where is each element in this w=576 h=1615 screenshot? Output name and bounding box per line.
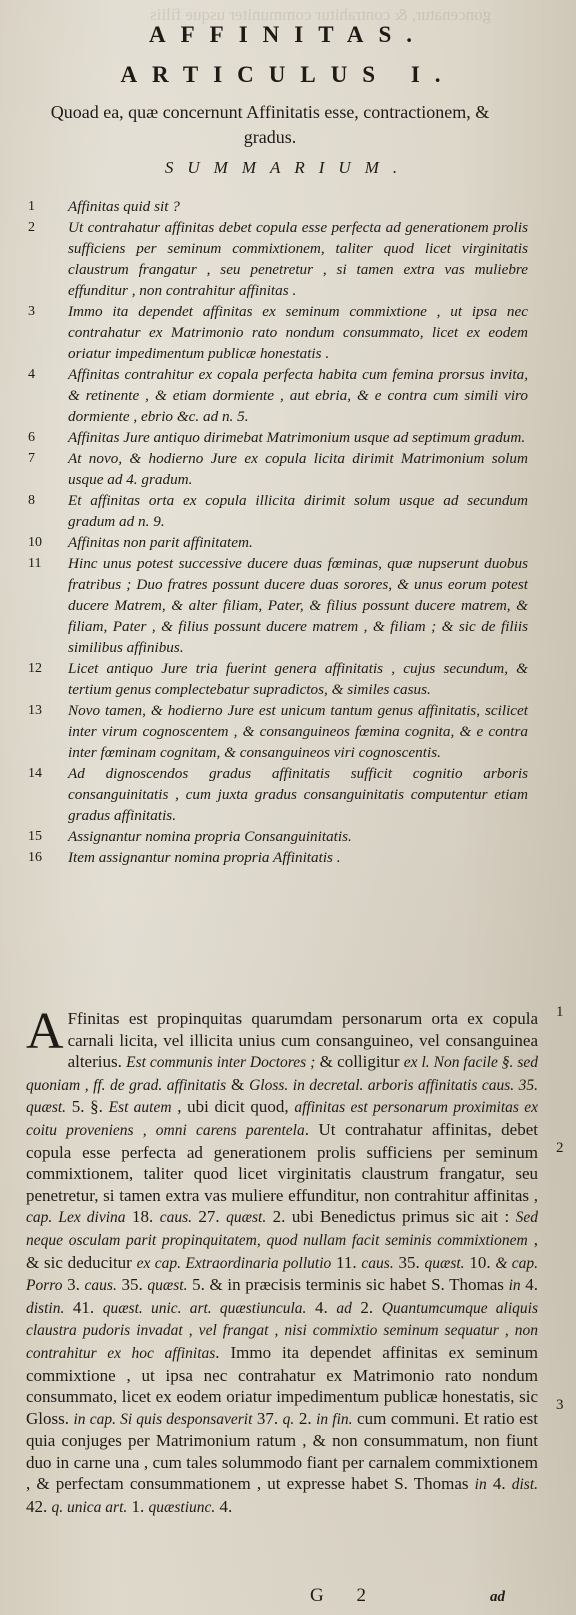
summary-item: 1Affinitas quid sit ? (28, 196, 528, 217)
summary-item-text: Hinc unus potest successive ducere duas … (68, 555, 528, 656)
summary-item: 13Novo tamen, & hodierno Jure est unicum… (28, 700, 528, 763)
drop-cap: A (26, 1011, 64, 1053)
summary-item: 2Ut contrahatur affinitas debet copula e… (28, 217, 528, 301)
italic-citation: ex cap. Extraordinaria pollutio (137, 1255, 332, 1272)
body-text-run: 5. & in præcisis terminis sic habet S. T… (187, 1275, 508, 1294)
body-text-run: 4. (215, 1497, 232, 1516)
summary-item-text: Immo ita dependet affinitas ex seminum c… (68, 303, 528, 362)
summary-item-number: 10 (28, 532, 64, 553)
summary-item: 3Immo ita dependet affinitas ex seminum … (28, 301, 528, 364)
summary-item-text: Ut contrahatur affinitas debet copula es… (68, 219, 528, 299)
summary-item: 11Hinc unus potest successive ducere dua… (28, 553, 528, 658)
summary-item-number: 8 (28, 490, 64, 511)
italic-citation: in (509, 1277, 521, 1294)
body-paragraph: A Ffinitas est propinquitas quarumdam pe… (26, 1008, 538, 1519)
italic-citation: in cap. Si quis desponsaverit (74, 1411, 253, 1428)
body-text-run: 2. ubi Benedictus primus sic ait : (266, 1207, 515, 1226)
body-text-run: 42. (26, 1497, 52, 1516)
summary-item-text: Affinitas non parit affinitatem. (68, 534, 253, 551)
italic-citation: q. (283, 1411, 295, 1428)
body-text-run: , ubi dicit quod, (172, 1097, 295, 1116)
summary-item-text: Affinitas quid sit ? (68, 198, 180, 215)
margin-number: 1 (556, 1004, 564, 1021)
body-text-run: & (226, 1075, 249, 1094)
italic-citation: in (475, 1476, 487, 1493)
italic-citation: quæst. unic. art. quæstiuncula. (103, 1300, 307, 1317)
summary-item-number: 11 (28, 553, 64, 574)
body-text-run: 3. (62, 1275, 84, 1294)
summary-item: 6Affinitas Jure antiquo dirimebat Matrim… (28, 427, 528, 448)
summary-item-number: 12 (28, 658, 64, 679)
summary-item-text: Item assignantur nomina propria Affinita… (68, 849, 341, 866)
margin-number: 2 (556, 1140, 564, 1157)
summary-item: 7At novo, & hodierno Jure ex copula lici… (28, 448, 528, 490)
catchword: ad (490, 1589, 505, 1606)
body-text-run: 27. (192, 1207, 226, 1226)
body-text-run: 4. (487, 1474, 512, 1493)
summary-item-text: Affinitas Jure antiquo dirimebat Matrimo… (68, 429, 525, 446)
italic-citation: distin. (26, 1300, 64, 1317)
body-text-run: 1. (127, 1497, 148, 1516)
italic-citation: caus. (361, 1255, 393, 1272)
body-text-run: 35. (394, 1253, 425, 1272)
body-text-run: 2. (352, 1298, 382, 1317)
summary-item-text: Licet antiquo Jure tria fuerint genera a… (68, 660, 528, 698)
summary-item-text: Assignantur nomina propria Consanguinita… (68, 828, 352, 845)
summary-item-number: 3 (28, 301, 64, 322)
summary-item-text: Novo tamen, & hodierno Jure est unicum t… (68, 702, 528, 761)
summary-item-number: 1 (28, 196, 64, 217)
italic-citation: caus. (160, 1209, 192, 1226)
summary-item-number: 14 (28, 763, 64, 784)
body-text-run: 4. (521, 1275, 538, 1294)
summary-item-text: Ad dignoscendos gradus affinitatis suffi… (68, 765, 528, 824)
page-title: AFFINITAS. (0, 22, 576, 48)
body-text-content: Ffinitas est propinquitas quarumdam pers… (26, 1009, 538, 1516)
summary-item: 15Assignantur nomina propria Consanguini… (28, 826, 528, 847)
summary-item-number: 16 (28, 847, 64, 868)
italic-citation: dist. (512, 1476, 538, 1493)
italic-citation: ad (336, 1300, 352, 1317)
summary-heading: SUMMARIUM. (0, 158, 576, 178)
italic-citation: quæstiunc. (149, 1499, 216, 1516)
body-text-run: 10. (465, 1253, 496, 1272)
summary-item-text: Affinitas contrahitur ex copala perfecta… (68, 366, 528, 425)
italic-citation: quæst. (226, 1209, 266, 1226)
italic-citation: quæst. (425, 1255, 465, 1272)
italic-citation: Est communis inter Doctores ; (126, 1054, 315, 1071)
body-text-run: & colligitur (315, 1052, 404, 1071)
article-subtitle: Quoad ea, quæ concernunt Affinitatis ess… (50, 100, 490, 150)
summary-item: 4Affinitas contrahitur ex copala perfect… (28, 364, 528, 427)
italic-citation: q. unica art. (52, 1499, 128, 1516)
body-text-run: 41. (64, 1298, 102, 1317)
summary-item-number: 15 (28, 826, 64, 847)
body-text-run: 35. (117, 1275, 148, 1294)
summary-item: 12Licet antiquo Jure tria fuerint genera… (28, 658, 528, 700)
summary-item: 10Affinitas non parit affinitatem. (28, 532, 528, 553)
summary-item: 14Ad dignoscendos gradus affinitatis suf… (28, 763, 528, 826)
summary-item-number: 6 (28, 427, 64, 448)
body-text-run: 2. (294, 1409, 316, 1428)
italic-citation: in fin. (316, 1411, 352, 1428)
summary-item-number: 4 (28, 364, 64, 385)
body-text-run: 18. (126, 1207, 160, 1226)
article-heading: ARTICULUS I. (0, 62, 576, 88)
italic-citation: Est autem (109, 1099, 172, 1116)
body-text-run: 37. (252, 1409, 282, 1428)
italic-citation: caus. (85, 1277, 117, 1294)
summary-item-text: At novo, & hodierno Jure ex copula licit… (68, 450, 528, 488)
summary-item-number: 7 (28, 448, 64, 469)
italic-citation: cap. Lex divina (26, 1209, 126, 1226)
book-page: goncenatur, & contrahitur communiter usq… (0, 0, 576, 1615)
summary-list: 1Affinitas quid sit ?2Ut contrahatur aff… (28, 196, 528, 868)
margin-number: 3 (556, 1397, 564, 1414)
summary-item: 8Et affinitas orta ex copula illicita di… (28, 490, 528, 532)
summary-item: 16Item assignantur nomina propria Affini… (28, 847, 528, 868)
body-text-run: 4. (306, 1298, 336, 1317)
signature-mark: G 2 (310, 1585, 380, 1607)
summary-item-number: 2 (28, 217, 64, 238)
body-text-run: 11. (331, 1253, 361, 1272)
italic-citation: quæst. (147, 1277, 187, 1294)
summary-item-text: Et affinitas orta ex copula illicita dir… (68, 492, 528, 530)
body-text-run: 5. §. (66, 1097, 109, 1116)
summary-item-number: 13 (28, 700, 64, 721)
